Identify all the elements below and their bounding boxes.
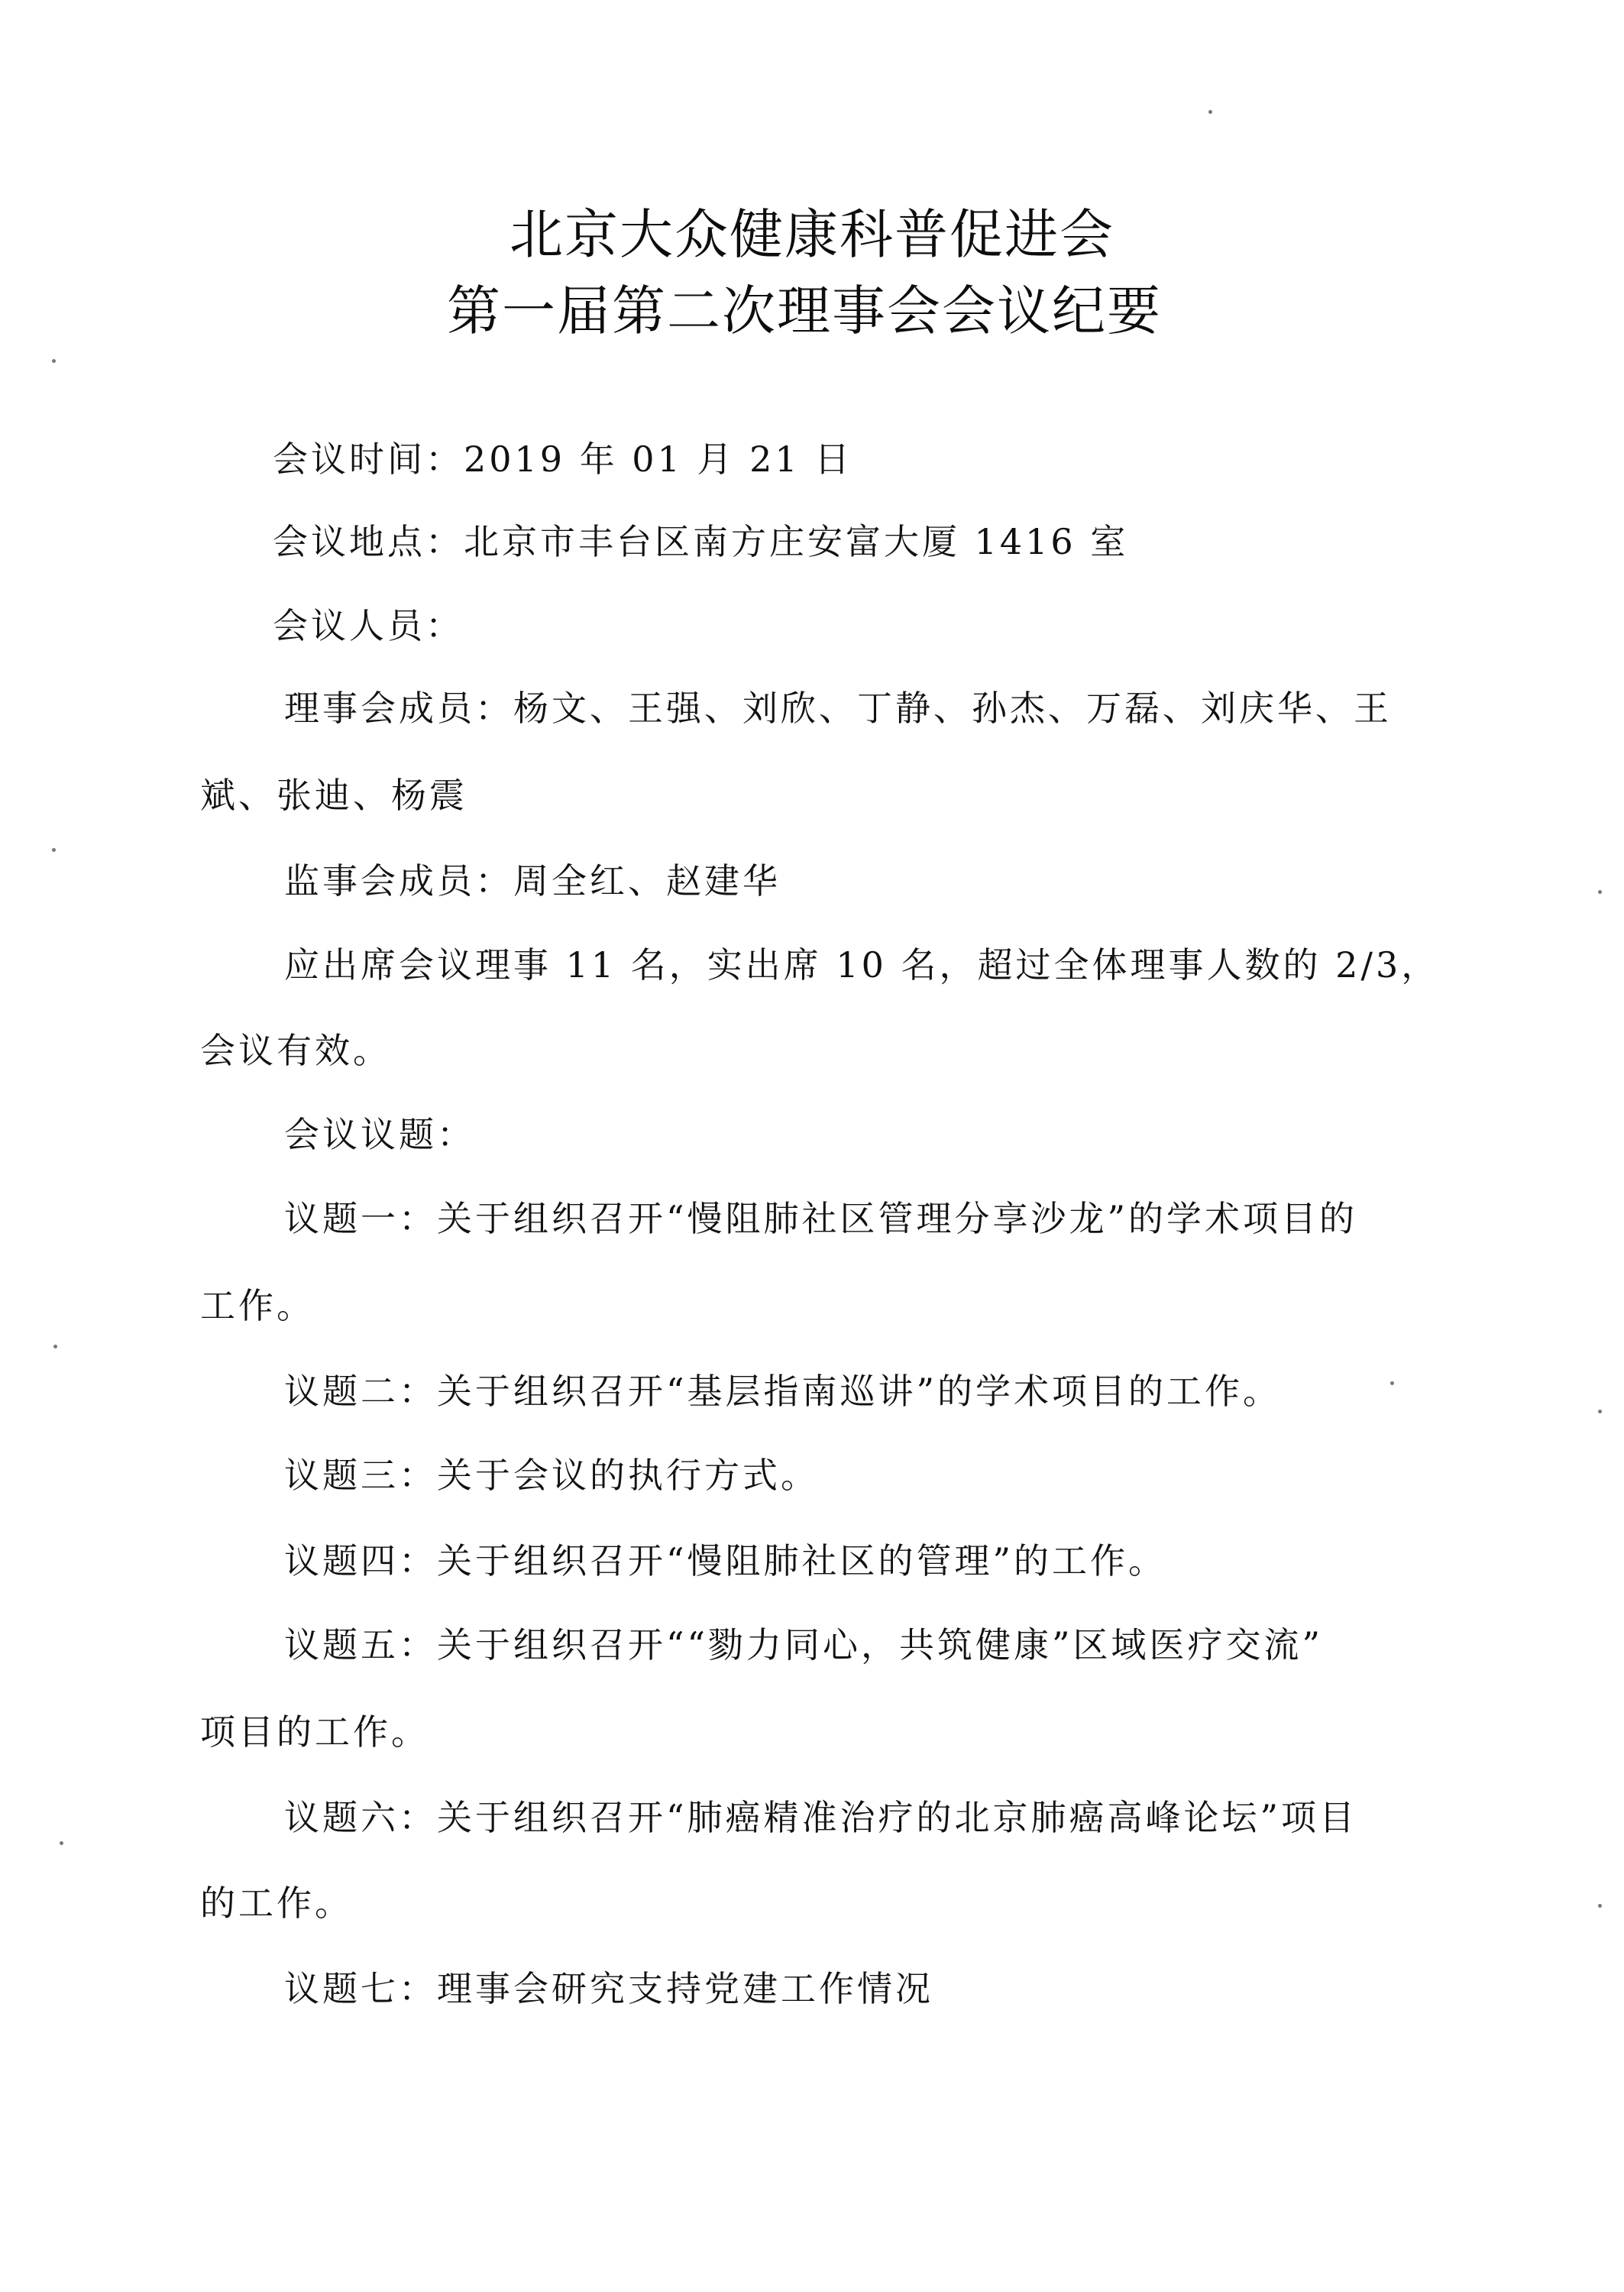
topic-4: 议题四：关于组织召开“慢阻肺社区的管理”的工作。 [284,1543,1166,1578]
council-members-line1: 理事会成员：杨文、王强、刘欣、丁静、孙杰、万磊、刘庆华、王 [284,691,1392,726]
supervisors: 监事会成员：周全红、赵建华 [284,863,781,898]
scan-speck [1598,1904,1602,1908]
topic-5-line2: 项目的工作。 [200,1714,429,1750]
scan-speck [53,1345,57,1348]
topics-label: 会议议题： [284,1117,475,1152]
topic-3: 议题三：关于会议的执行方式。 [284,1458,819,1493]
document-title-organization: 北京大众健康科普促进会 [0,208,1624,261]
meeting-place: 会议地点：北京市丰台区南方庄安富大厦 1416 室 [273,524,1128,559]
scanned-document-page: 北京大众健康科普促进会 第一届第二次理事会会议纪要 会议时间：2019 年 01… [0,0,1624,2292]
topic-2: 议题二：关于组织召开“基层指南巡讲”的学术项目的工作。 [284,1374,1281,1409]
topic-1-line2: 工作。 [200,1288,315,1323]
scan-speck [1598,890,1602,894]
scan-speck [52,359,56,363]
scan-speck [1390,1381,1394,1385]
topic-1-line1: 议题一：关于组织召开“慢阻肺社区管理分享沙龙”的学术项目的 [284,1201,1357,1236]
council-members-line2: 斌、张迪、杨震 [200,778,467,813]
topic-7: 议题七：理事会研究支持党建工作情况 [284,1971,933,2006]
topic-5-line1: 议题五：关于组织召开““勠力同心，共筑健康”区域医疗交流” [284,1627,1323,1662]
topic-6-line2: 的工作。 [200,1886,353,1921]
quorum-line1: 应出席会议理事 11 名，实出席 10 名，超过全体理事人数的 2/3， [284,947,1439,983]
scan-speck [60,1841,63,1845]
topic-6-line1: 议题六：关于组织召开“肺癌精准治疗的北京肺癌高峰论坛”项目 [284,1800,1357,1835]
document-title-meeting: 第一届第二次理事会会议纪要 [0,284,1616,338]
scan-speck [1208,110,1212,114]
scan-speck [52,848,56,852]
attendees-label: 会议人员： [273,608,464,643]
meeting-time: 会议时间：2019 年 01 月 21 日 [273,442,852,477]
scan-speck [1598,1410,1602,1413]
quorum-line2: 会议有效。 [200,1033,391,1068]
